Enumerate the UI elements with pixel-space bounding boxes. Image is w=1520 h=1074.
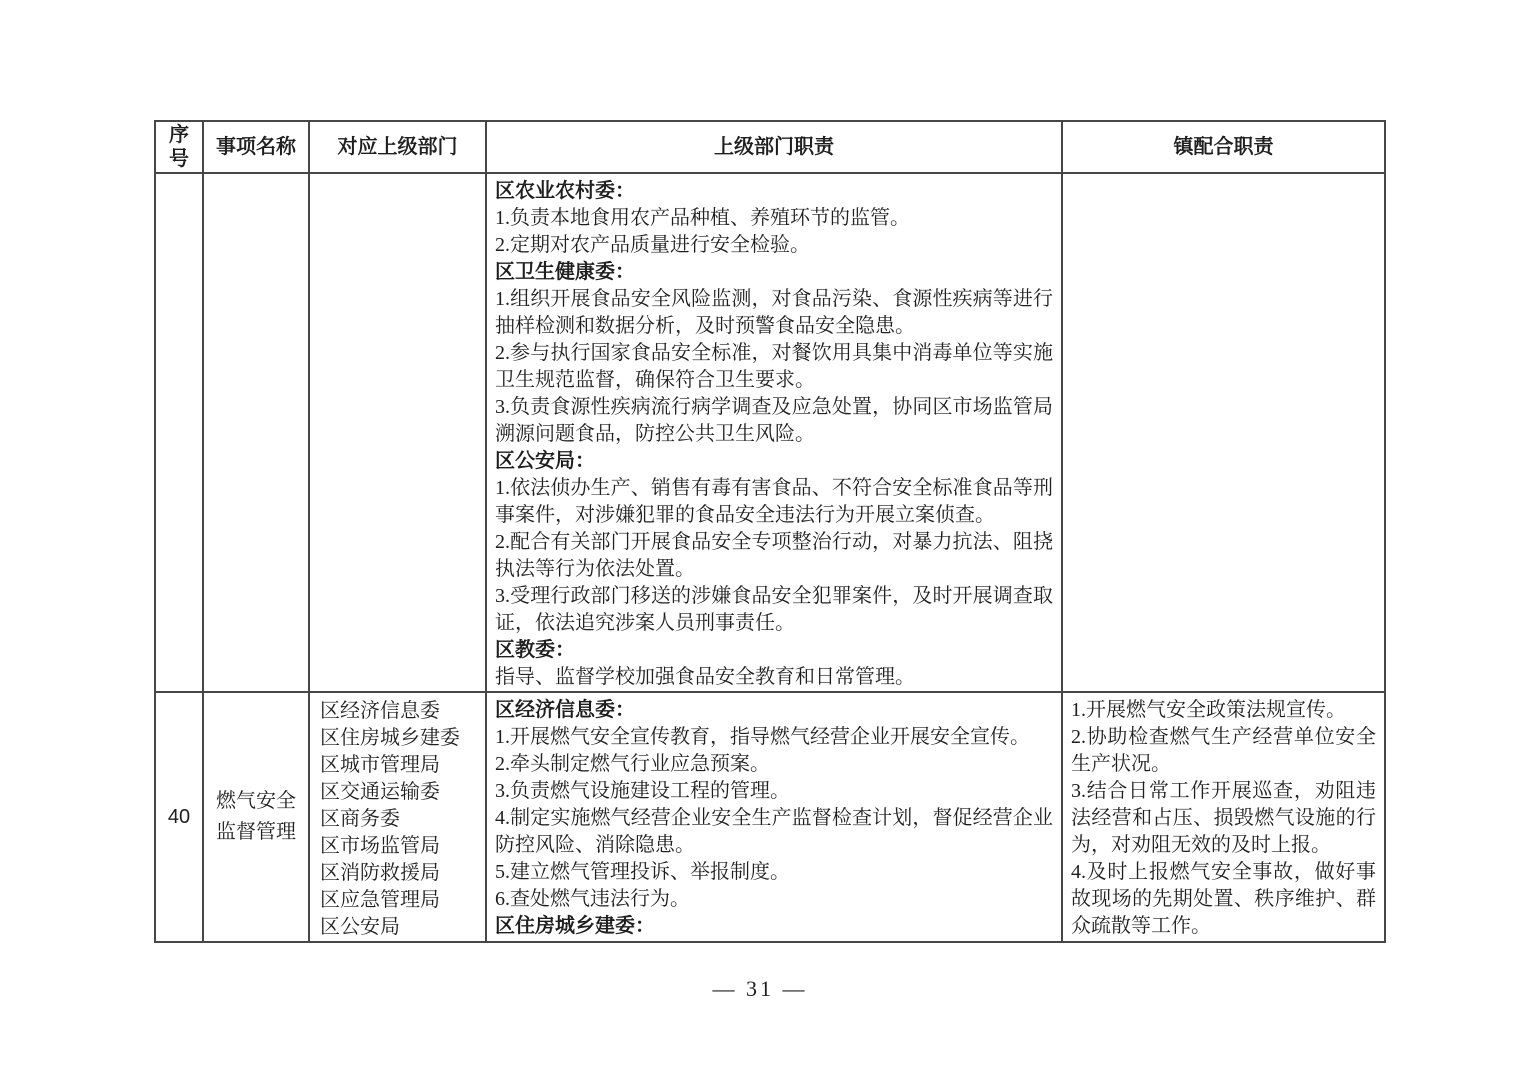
department-name: 区交通运输委 [320, 779, 479, 806]
table-body: 区农业农村委：1.负责本地食用农产品种植、养殖环节的监管。2.定期对农产品质量进… [155, 173, 1385, 942]
duty-section-heading: 区农业农村委： [495, 178, 1053, 205]
duty-item: 2.牵头制定燃气行业应急预案。 [495, 751, 1053, 778]
department-name: 区消防救援局 [320, 860, 479, 887]
department-name: 区经济信息委 [320, 698, 479, 725]
cell-seq: 40 [155, 692, 203, 942]
duty-item: 1.负责本地食用农产品种植、养殖环节的监管。 [495, 205, 1053, 232]
town-duty-item: 1.开展燃气安全政策法规宣传。 [1071, 697, 1376, 724]
department-name: 区城市管理局 [320, 752, 479, 779]
table-header: 序号 事项名称 对应上级部门 上级部门职责 镇配合职责 [155, 121, 1385, 173]
item-name-text: 燃气安全监督管理 [216, 786, 296, 848]
table-row: 40燃气安全监督管理区经济信息委区住房城乡建委区城市管理局区交通运输委区商务委区… [155, 692, 1385, 942]
department-name: 区住房城乡建委 [320, 725, 479, 752]
duty-item: 1.依法侦办生产、销售有毒有害食品、不符合安全标准食品等刑事案件，对涉嫌犯罪的食… [495, 475, 1053, 529]
page-number: — 31 — [0, 976, 1520, 1002]
column-header-item-name: 事项名称 [203, 121, 309, 173]
duty-section-heading: 区住房城乡建委： [495, 913, 1053, 940]
duty-section-heading: 区卫生健康委： [495, 259, 1053, 286]
duty-section-heading: 区公安局： [495, 448, 1053, 475]
duty-item: 5.建立燃气管理投诉、举报制度。 [495, 859, 1053, 886]
duty-item: 2.参与执行国家食品安全标准，对餐饮用具集中消毒单位等实施卫生规范监督，确保符合… [495, 340, 1053, 394]
duty-item: 1.开展燃气安全宣传教育，指导燃气经营企业开展安全宣传。 [495, 724, 1053, 751]
department-name: 区市场监管局 [320, 833, 479, 860]
column-header-seq: 序号 [155, 121, 203, 173]
duties-table: 序号 事项名称 对应上级部门 上级部门职责 镇配合职责 区农业农村委：1.负责本… [154, 120, 1386, 943]
duty-item: 4.制定实施燃气经营企业安全生产监督检查计划，督促经营企业防控风险、消除隐患。 [495, 805, 1053, 859]
column-header-town-duties: 镇配合职责 [1062, 121, 1385, 173]
duty-item: 指导、监督学校加强食品安全教育和日常管理。 [495, 664, 1053, 691]
department-name: 区应急管理局 [320, 887, 479, 914]
duty-item: 1.组织开展食品安全风险监测，对食品污染、食源性疾病等进行抽样检测和数据分析，及… [495, 286, 1053, 340]
duty-section-heading: 区经济信息委： [495, 697, 1053, 724]
cell-departments [309, 173, 486, 692]
cell-superior-duties: 区经济信息委：1.开展燃气安全宣传教育，指导燃气经营企业开展安全宣传。2.牵头制… [486, 692, 1062, 942]
cell-town-duties: 1.开展燃气安全政策法规宣传。2.协助检查燃气生产经营单位安全生产状况。3.结合… [1062, 692, 1385, 942]
table-row: 区农业农村委：1.负责本地食用农产品种植、养殖环节的监管。2.定期对农产品质量进… [155, 173, 1385, 692]
town-duty-item: 3.结合日常工作开展巡查，劝阻违法经营和占压、损毁燃气设施的行为，对劝阻无效的及… [1071, 778, 1376, 859]
duty-item: 3.负责食源性疾病流行病学调查及应急处置，协同区市场监管局溯源问题食品，防控公共… [495, 394, 1053, 448]
document-page: 序号 事项名称 对应上级部门 上级部门职责 镇配合职责 区农业农村委：1.负责本… [0, 0, 1520, 1074]
cell-item-name [203, 173, 309, 692]
column-header-departments: 对应上级部门 [309, 121, 486, 173]
duty-item: 3.受理行政部门移送的涉嫌食品安全犯罪案件，及时开展调查取证，依法追究涉案人员刑… [495, 583, 1053, 637]
cell-town-duties [1062, 173, 1385, 692]
town-duty-item: 2.协助检查燃气生产经营单位安全生产状况。 [1071, 724, 1376, 778]
duty-item: 2.配合有关部门开展食品安全专项整治行动，对暴力抗法、阻挠执法等行为依法处置。 [495, 529, 1053, 583]
duty-item: 2.定期对农产品质量进行安全检验。 [495, 232, 1053, 259]
department-name: 区商务委 [320, 806, 479, 833]
cell-item-name: 燃气安全监督管理 [203, 692, 309, 942]
cell-superior-duties: 区农业农村委：1.负责本地食用农产品种植、养殖环节的监管。2.定期对农产品质量进… [486, 173, 1062, 692]
duty-item: 6.查处燃气违法行为。 [495, 886, 1053, 913]
cell-departments: 区经济信息委区住房城乡建委区城市管理局区交通运输委区商务委区市场监管局区消防救援… [309, 692, 486, 942]
duty-item: 3.负责燃气设施建设工程的管理。 [495, 778, 1053, 805]
duty-section-heading: 区教委： [495, 637, 1053, 664]
town-duty-item: 4.及时上报燃气安全事故，做好事故现场的先期处置、秩序维护、群众疏散等工作。 [1071, 859, 1376, 940]
department-name: 区公安局 [320, 914, 479, 941]
column-header-superior-duties: 上级部门职责 [486, 121, 1062, 173]
table-header-row: 序号 事项名称 对应上级部门 上级部门职责 镇配合职责 [155, 121, 1385, 173]
cell-seq [155, 173, 203, 692]
